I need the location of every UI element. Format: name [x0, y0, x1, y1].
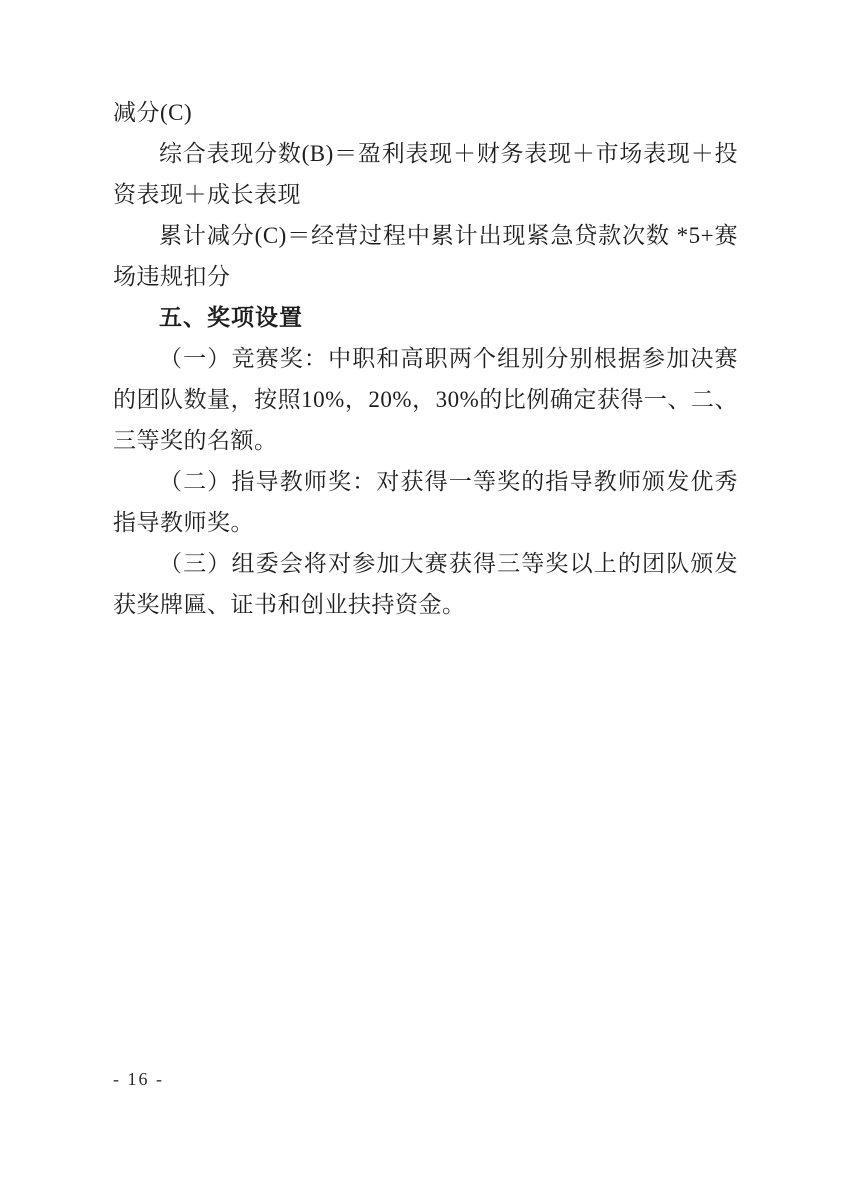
- document-body: 减分(C) 综合表现分数(B)＝盈利表现＋财务表现＋市场表现＋投资表现＋成长表现…: [113, 92, 738, 625]
- line-deduction-c: 减分(C): [113, 92, 738, 133]
- document-page: 减分(C) 综合表现分数(B)＝盈利表现＋财务表现＋市场表现＋投资表现＋成长表现…: [0, 0, 848, 1200]
- para-committee-award: （三）组委会将对参加大赛获得三等奖以上的团队颁发获奖牌匾、证书和创业扶持资金。: [113, 543, 738, 625]
- para-cumulative-deduction-formula: 累计减分(C)＝经营过程中累计出现紧急贷款次数 *5+赛场违规扣分: [113, 215, 738, 297]
- section-heading-awards: 五、奖项设置: [113, 297, 738, 338]
- para-competition-award: （一）竞赛奖：中职和高职两个组别分别根据参加决赛的团队数量，按照10%，20%，…: [113, 338, 738, 461]
- para-composite-score-formula: 综合表现分数(B)＝盈利表现＋财务表现＋市场表现＋投资表现＋成长表现: [113, 133, 738, 215]
- para-instructor-award: （二）指导教师奖：对获得一等奖的指导教师颁发优秀指导教师奖。: [113, 461, 738, 543]
- page-number: - 16 -: [113, 1068, 164, 1090]
